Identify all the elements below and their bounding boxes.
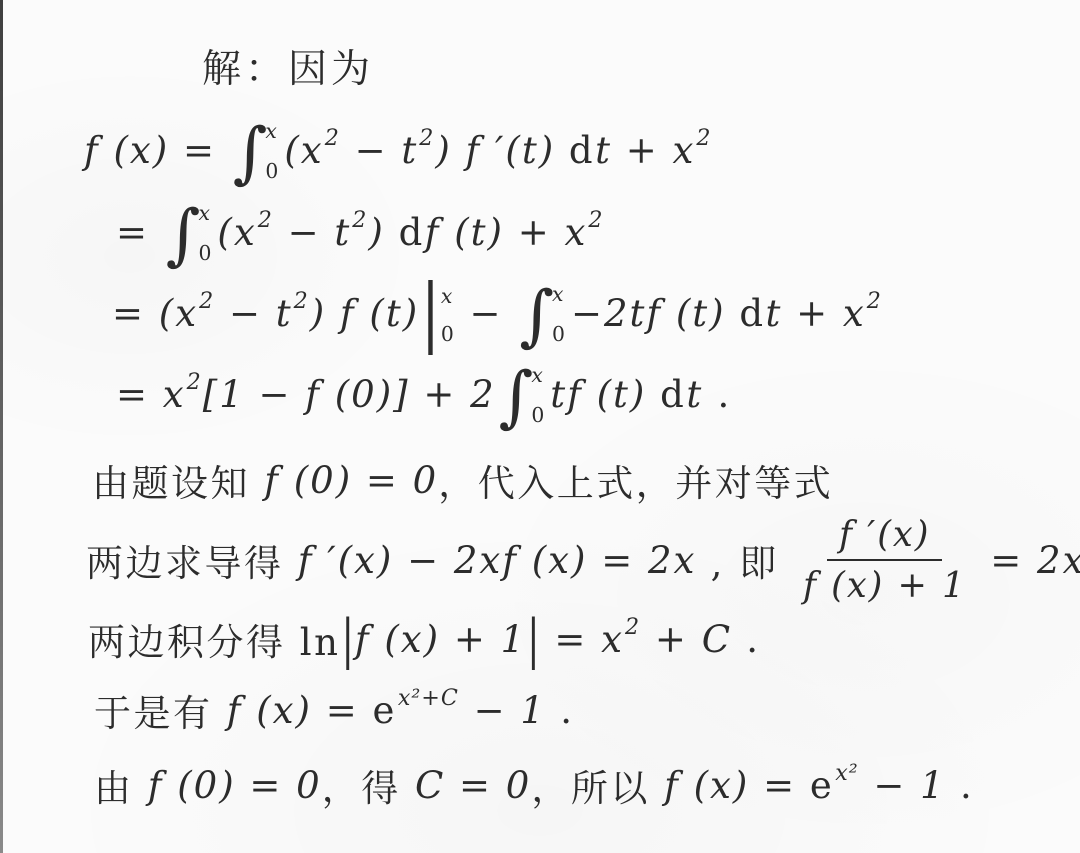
solution-heading: 解：因为 xyxy=(202,38,374,94)
evaluation-bar: |x0 xyxy=(421,284,454,342)
equation-simplified: = x2[1 − f (0)] + 2∫x0tf (t) dt . xyxy=(116,355,732,433)
text-substitute-initial-condition: 由题设知 f (0) = 0，代入上式，并对等式 xyxy=(92,449,833,511)
fraction: f ′(x)f (x) + 1 xyxy=(803,514,967,606)
integral-sign: ∫x0 xyxy=(499,361,548,428)
equation-integration-by-parts: = (x2 − t2) f (t)|x0 − ∫x0−2tf (t) dt + … xyxy=(112,273,883,353)
scan-edge-line xyxy=(0,0,3,853)
equation-rewrite-differential: = ∫x0(x2 − t2) df (t) + x2 xyxy=(116,192,605,272)
scanned-solution-page: 解：因为 f (x) = ∫x0(x2 − t2) f ′(t) dt + x2… xyxy=(0,0,1080,853)
equation-f-definition: f (x) = ∫x0(x2 − t2) f ′(t) dt + x2 xyxy=(84,110,712,190)
text-general-solution: 于是有 f (x) = ex²+C − 1 . xyxy=(94,677,574,743)
text-final-answer: 由 f (0) = 0，得 C = 0，所以 f (x) = ex² − 1 . xyxy=(94,753,974,817)
integral-sign: ∫x0 xyxy=(166,199,215,266)
integral-sign: ∫x0 xyxy=(233,117,282,184)
integral-sign: ∫x0 xyxy=(519,280,568,347)
text-integrate-both-sides: 两边积分得 ln|f (x) + 1| = x2 + C . xyxy=(88,607,761,671)
text-differentiate-both-sides: 两边求导得 f ′(x) − 2xf (x) = 2x , 即 f ′(x)f … xyxy=(86,508,1080,612)
